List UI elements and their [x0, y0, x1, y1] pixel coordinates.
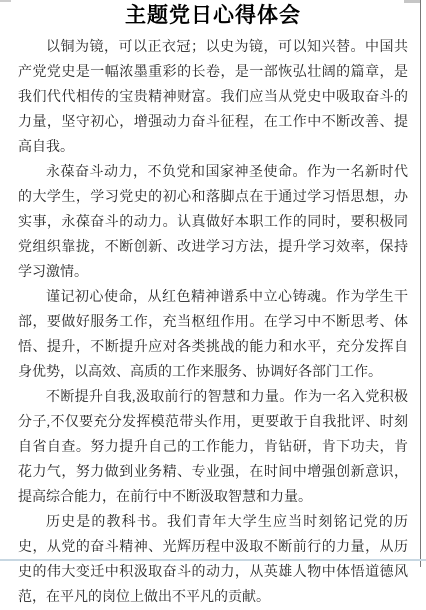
- top-right-window-fragment: [404, 0, 420, 3]
- page-right-border-line: [420, 0, 421, 567]
- body-paragraph-2: 永葆奋斗动力，不负党和国家神圣使命。作为一名新时代的大学生，学习党史的初心和落脚…: [18, 160, 408, 285]
- body-paragraph-4: 不断提升自我,汲取前行的智慧和力量。作为一名入党积极分子,不仅要充分发挥模范带头…: [18, 385, 408, 510]
- top-left-window-fragment: [0, 0, 11, 2]
- body-paragraph-1: 以铜为镜，可以正衣冠；以史为镜，可以知兴替。中国共产党党史是一幅浓墨重彩的长卷，…: [18, 35, 408, 160]
- document-page[interactable]: 主题党日心得体会 以铜为镜，可以正衣冠；以史为镜，可以知兴替。中国共产党党史是一…: [0, 0, 426, 567]
- document-content: 主题党日心得体会 以铜为镜，可以正衣冠；以史为镜，可以知兴替。中国共产党党史是一…: [18, 0, 408, 567]
- right-gutter: [421, 0, 426, 567]
- bottom-divider-line: [0, 559, 426, 561]
- body-paragraph-3: 谨记初心使命，从红色精神谱系中立心铸魂。作为学生干部，要做好服务工作，充当枢纽作…: [18, 285, 408, 385]
- document-title: 主题党日心得体会: [18, 2, 408, 28]
